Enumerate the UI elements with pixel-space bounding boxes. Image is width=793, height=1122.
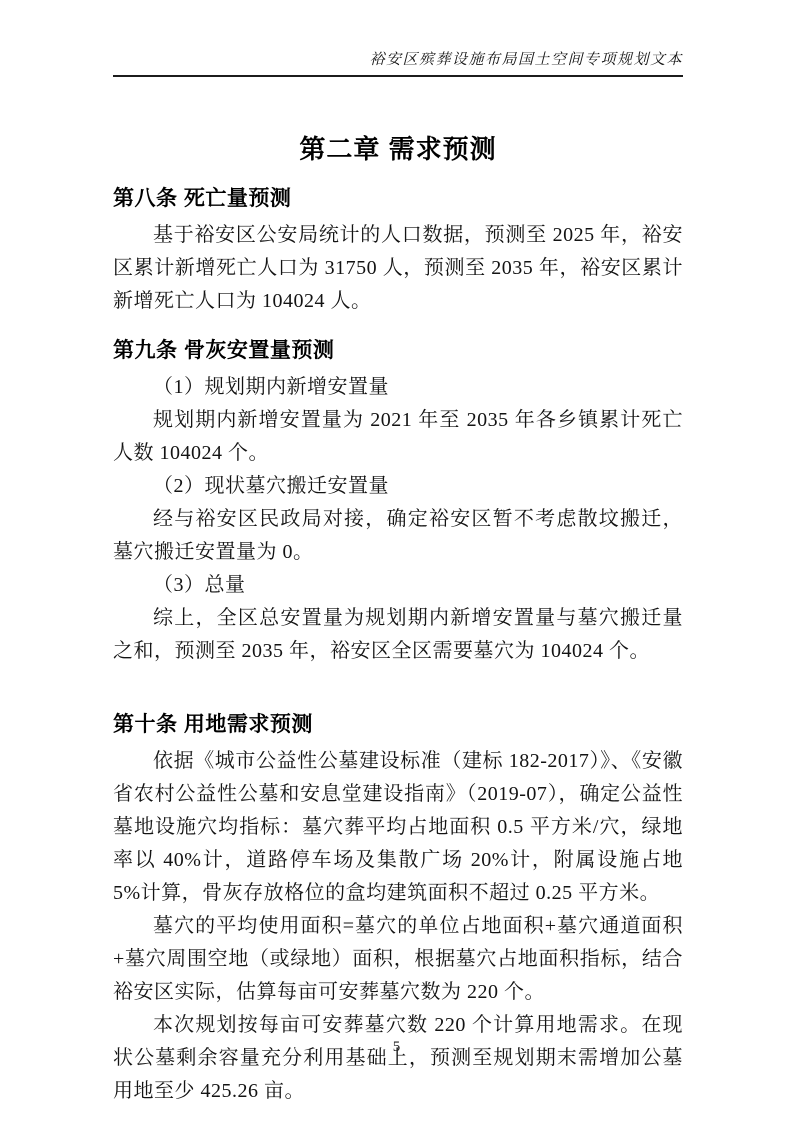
section-heading-article-10: 第十条 用地需求预测 xyxy=(113,708,683,738)
chapter-title: 第二章 需求预测 xyxy=(113,129,683,166)
paragraph: 墓穴的平均使用面积=墓穴的单位占地面积+墓穴通道面积+墓穴周围空地（或绿地）面积… xyxy=(113,910,683,1009)
page-number: 5 xyxy=(393,1039,401,1055)
page-footer: 5 xyxy=(0,1038,793,1056)
running-header-title: 裕安区殡葬设施布局国土空间专项规划文本 xyxy=(369,52,683,68)
paragraph: 依据《城市公益性公墓建设标准（建标 182-2017）》、《安徽省农村公益性公墓… xyxy=(113,745,683,910)
paragraph-subitem-1: （1）规划期内新增安置量 xyxy=(113,371,683,404)
paragraph: 本次规划按每亩可安葬墓穴数 220 个计算用地需求。在现状公墓剩余容量充分利用基… xyxy=(113,1009,683,1108)
paragraph-subitem-3: （3）总量 xyxy=(113,569,683,602)
document-page: 裕安区殡葬设施布局国土空间专项规划文本 第二章 需求预测 第八条 死亡量预测 基… xyxy=(0,0,793,1122)
paragraph-subitem-2: （2）现状墓穴搬迁安置量 xyxy=(113,470,683,503)
paragraph: 综上，全区总安置量为规划期内新增安置量与墓穴搬迁量之和，预测至 2035 年，裕… xyxy=(113,602,683,668)
paragraph: 经与裕安区民政局对接，确定裕安区暂不考虑散坟搬迁，墓穴搬迁安置量为 0。 xyxy=(113,503,683,569)
paragraph: 基于裕安区公安局统计的人口数据，预测至 2025 年，裕安区累计新增死亡人口为 … xyxy=(113,219,683,318)
page-header: 裕安区殡葬设施布局国土空间专项规划文本 xyxy=(113,0,683,77)
section-heading-article-9: 第九条 骨灰安置量预测 xyxy=(113,334,683,364)
paragraph: 规划期内新增安置量为 2021 年至 2035 年各乡镇累计死亡人数 10402… xyxy=(113,404,683,470)
section-heading-article-8: 第八条 死亡量预测 xyxy=(113,182,683,212)
